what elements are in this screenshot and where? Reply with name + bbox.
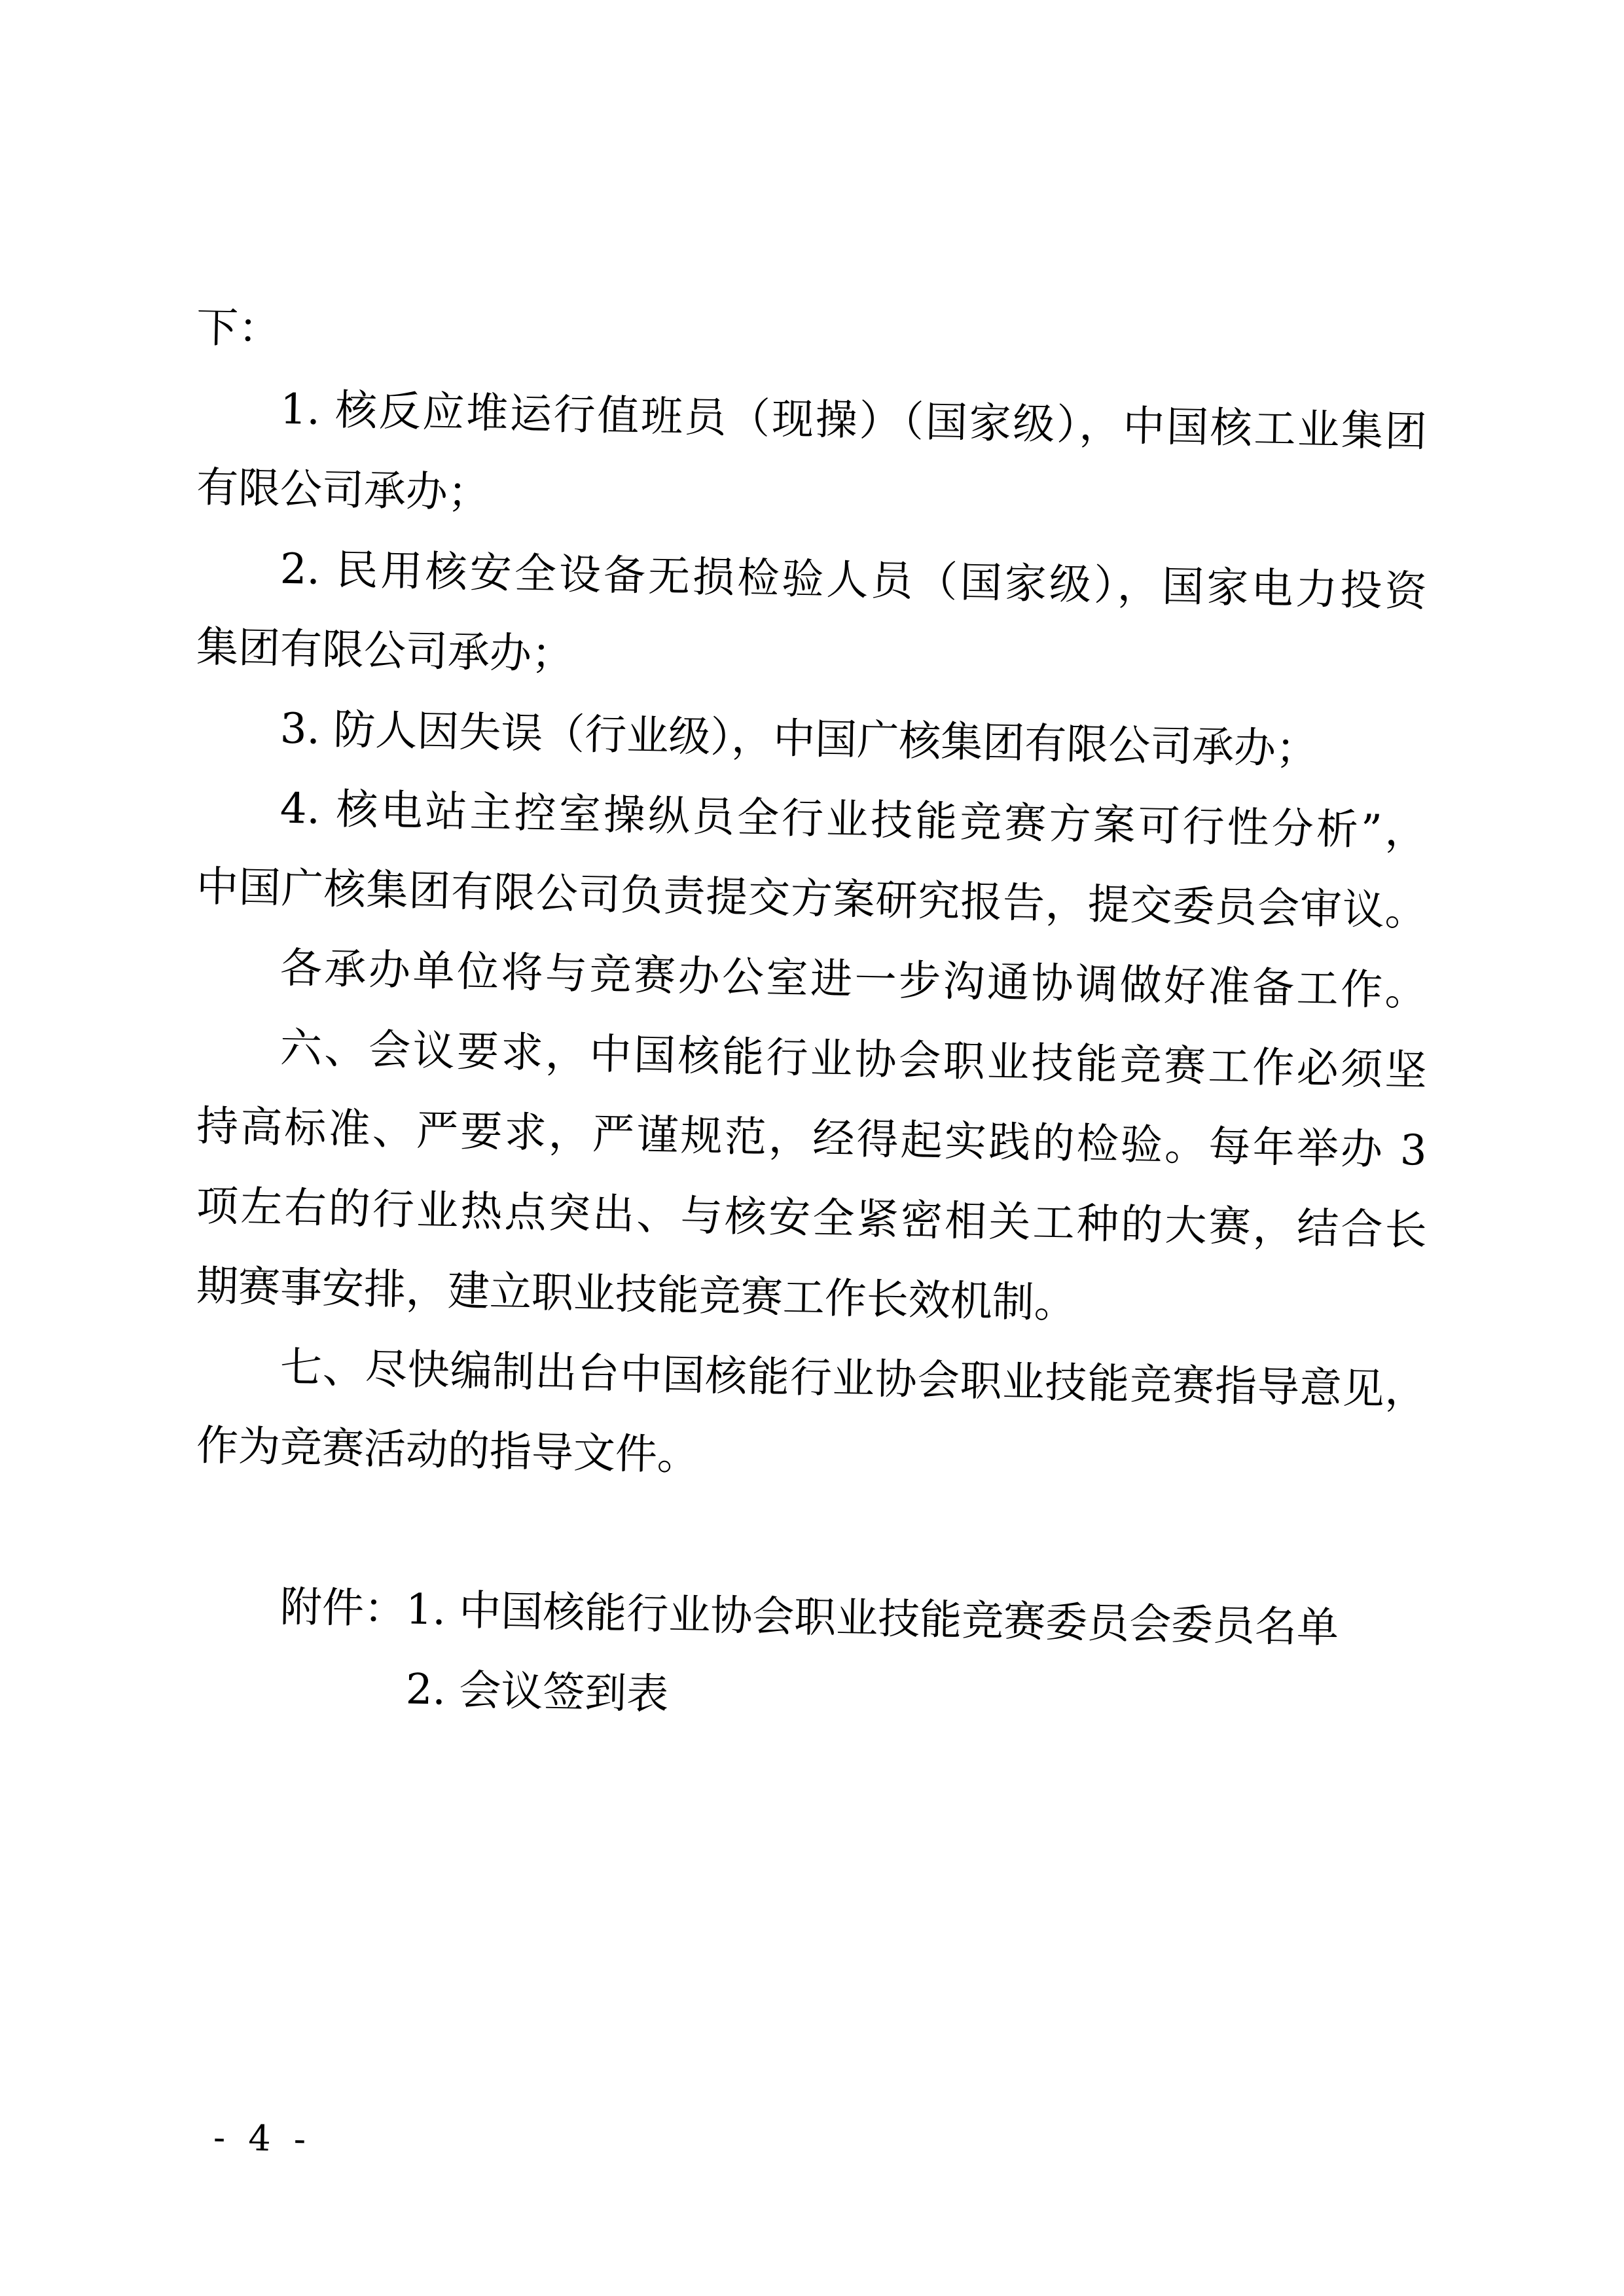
document-body: 下： 1. 核反应堆运行值班员（现操）（国家级），中国核工业集团 有限公司承办；… <box>196 288 1427 1725</box>
document-page: 下： 1. 核反应堆运行值班员（现操）（国家级），中国核工业集团 有限公司承办；… <box>0 0 1624 2296</box>
page-number: - 4 - <box>213 2118 312 2159</box>
